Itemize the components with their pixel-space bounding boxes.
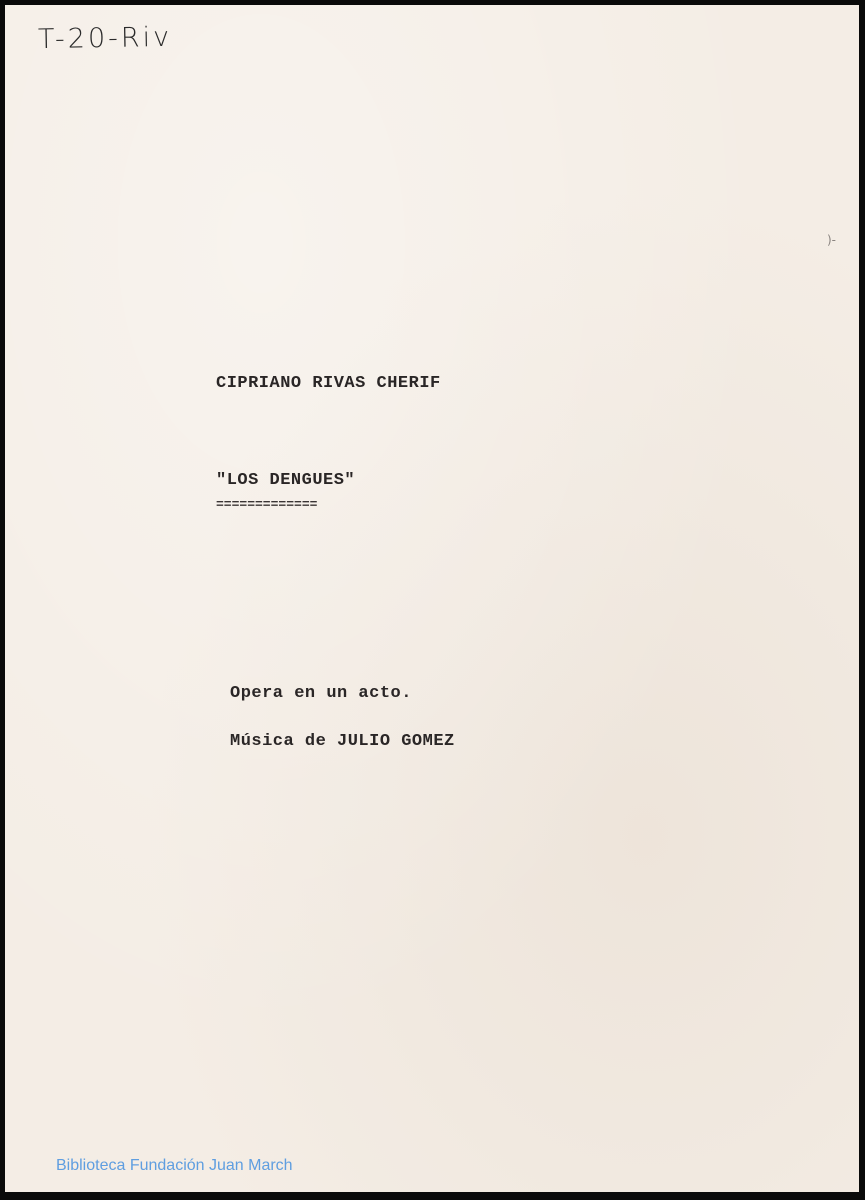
author-name: CIPRIANO RIVAS CHERIF <box>216 374 441 393</box>
music-credit: Música de JULIO GOMEZ <box>230 732 455 751</box>
work-title: "LOS DENGUES" <box>216 471 355 490</box>
library-link[interactable]: Biblioteca Fundación Juan March <box>56 1157 293 1175</box>
title-underline: ============= <box>216 497 317 512</box>
handwritten-catalog-note: T-20-Riv <box>38 22 173 55</box>
document-page: T-20-Riv CIPRIANO RIVAS CHERIF "LOS DENG… <box>5 5 859 1192</box>
margin-mark: )‐ <box>827 233 836 247</box>
work-subtitle: Opera en un acto. <box>230 684 412 703</box>
